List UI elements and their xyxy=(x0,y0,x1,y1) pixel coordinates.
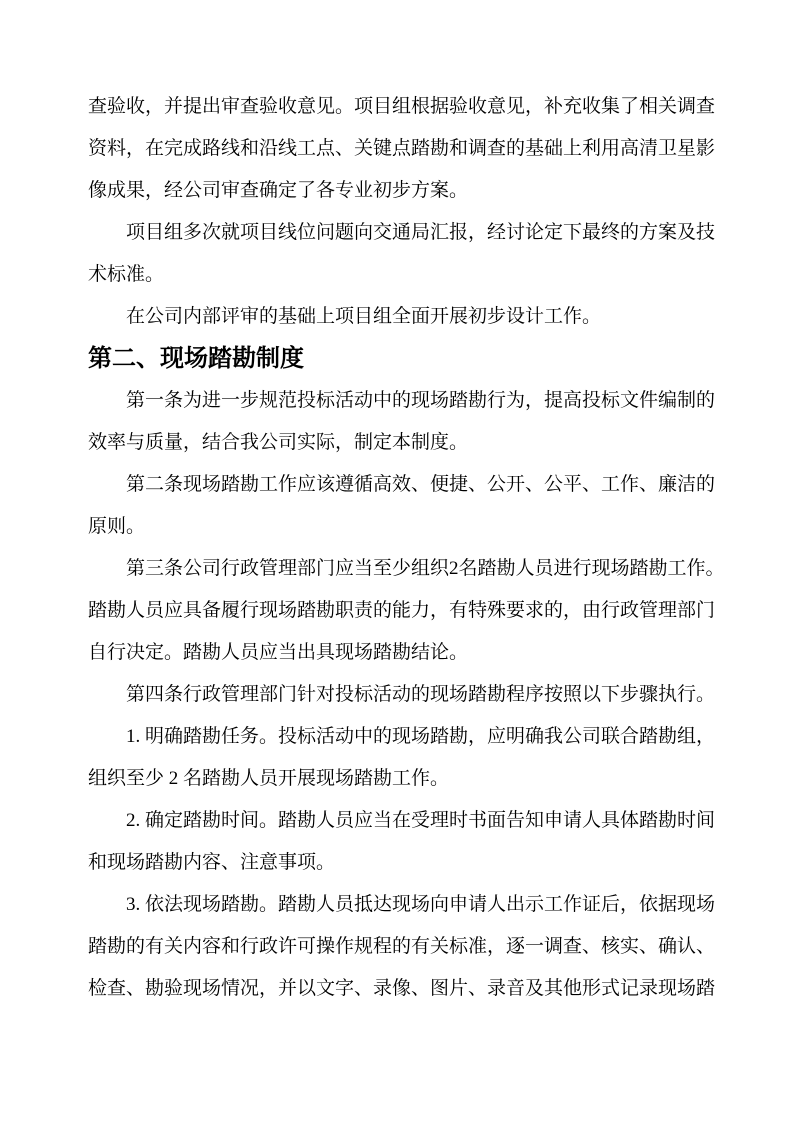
text-line: 查验收，并提出审查验收意见。项目组根据验收意见，补充收集了相关调查 xyxy=(88,86,718,128)
text-line: 像成果，经公司审查确定了各专业初步方案。 xyxy=(88,170,718,212)
text-line: 项目组多次就项目线位问题向交通局汇报，经讨论定下最终的方案及技 xyxy=(88,212,718,254)
text-line: 第一条为进一步规范投标活动中的现场踏勘行为，提高投标文件编制的 xyxy=(88,380,718,422)
text-line: 资料，在完成路线和沿线工点、关键点踏勘和调查的基础上利用高清卫星影 xyxy=(88,128,718,170)
numbered-item-line: 2. 确定踏勘时间。踏勘人员应当在受理时书面告知申请人具体踏勘时间 xyxy=(88,800,718,842)
numbered-item-line: 1. 明确踏勘任务。投标活动中的现场踏勘，应明确我公司联合踏勘组， xyxy=(88,716,718,758)
text-line: 自行决定。踏勘人员应当出具现场踏勘结论。 xyxy=(88,632,718,674)
text-line: 第三条公司行政管理部门应当至少组织2名踏勘人员进行现场踏勘工作。 xyxy=(88,548,718,590)
document-page: 查验收，并提出审查验收意见。项目组根据验收意见，补充收集了相关调查 资料，在完成… xyxy=(0,0,793,1122)
text-line: 和现场踏勘内容、注意事项。 xyxy=(88,842,718,884)
text-line: 原则。 xyxy=(88,506,718,548)
document-page-background: { "page": { "background_color": "#ffffff… xyxy=(0,0,793,1122)
text-line: 术标准。 xyxy=(88,254,718,296)
text-line: 踏勘人员应具备履行现场踏勘职责的能力，有特殊要求的，由行政管理部门 xyxy=(88,590,718,632)
section-heading: 第二、现场踏勘制度 xyxy=(88,338,718,380)
text-line: 组织至少 2 名踏勘人员开展现场踏勘工作。 xyxy=(88,758,718,800)
text-line: 在公司内部评审的基础上项目组全面开展初步设计工作。 xyxy=(88,296,718,338)
numbered-item-line: 3. 依法现场踏勘。踏勘人员抵达现场向申请人出示工作证后，依据现场 xyxy=(88,884,718,926)
text-line: 检查、勘验现场情况，并以文字、录像、图片、录音及其他形式记录现场踏 xyxy=(88,968,718,1010)
text-line: 踏勘的有关内容和行政许可操作规程的有关标准，逐一调查、核实、确认、 xyxy=(88,926,718,968)
text-line: 第四条行政管理部门针对投标活动的现场踏勘程序按照以下步骤执行。 xyxy=(88,674,718,716)
text-line: 第二条现场踏勘工作应该遵循高效、便捷、公开、公平、工作、廉洁的 xyxy=(88,464,718,506)
text-line: 效率与质量，结合我公司实际，制定本制度。 xyxy=(88,422,718,464)
